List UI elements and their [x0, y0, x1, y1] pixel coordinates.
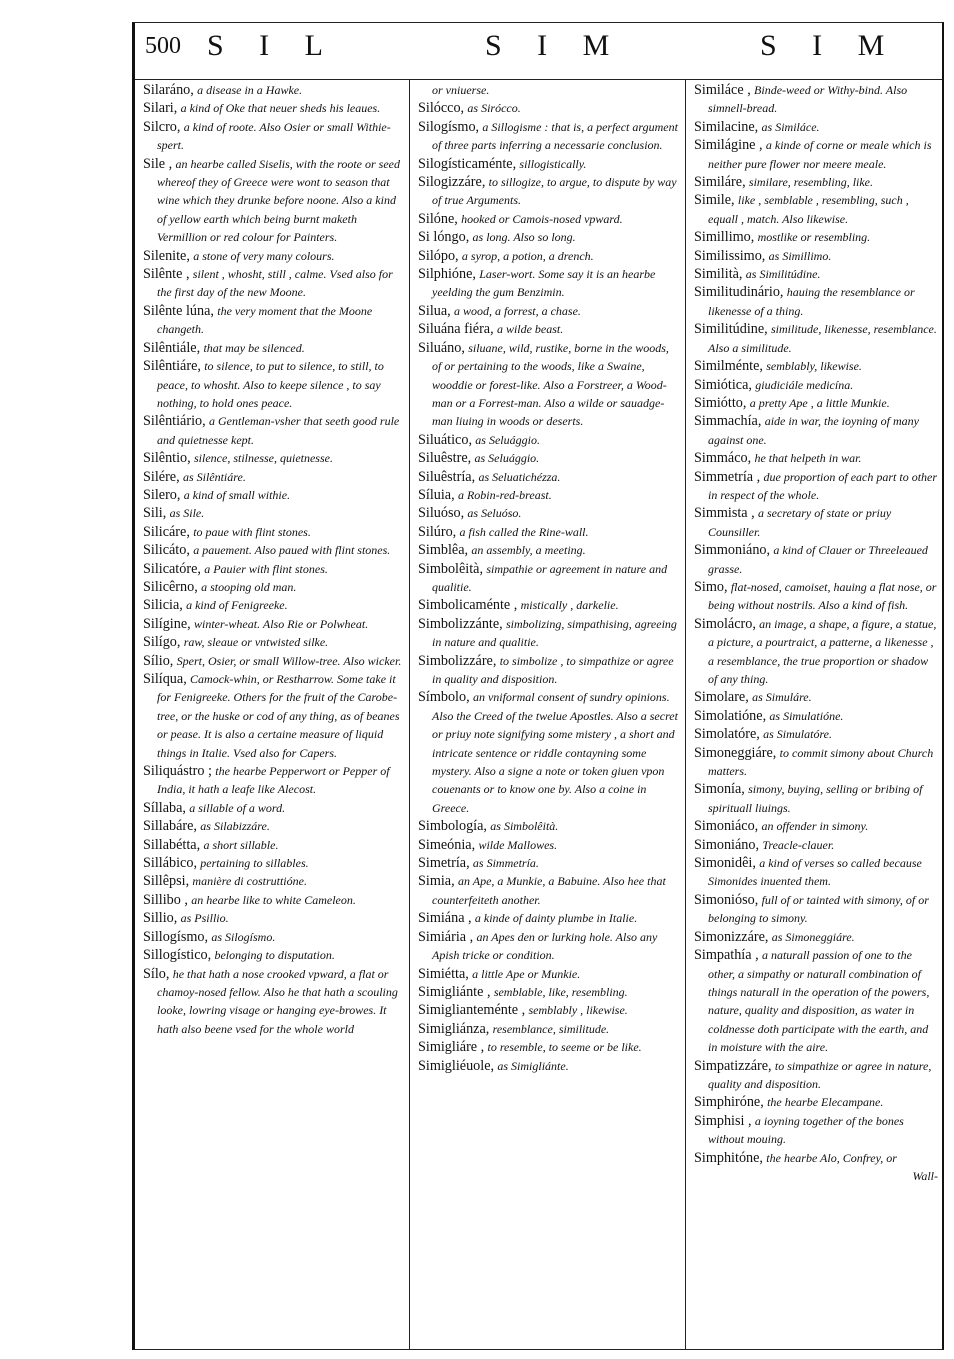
dictionary-entry: Simoniáco, an offender in simony. [694, 817, 938, 835]
definition: a pretty Ape , a little Munkie. [750, 396, 890, 410]
headword: Simillimo, [694, 229, 754, 245]
headword: Simbolizzáre, [418, 653, 496, 669]
definition: a pauement. Also paued with flint stones… [193, 543, 390, 557]
dictionary-entry: Silicáto, a pauement. Also paued with fl… [143, 541, 403, 559]
definition: as Simbolêità. [490, 819, 558, 833]
dictionary-entry: Silari, a kind of Oke that neuer sheds h… [143, 99, 403, 117]
headword: Similitudinário, [694, 284, 783, 300]
dictionary-entry: Silogísticaménte, sillogistically. [418, 155, 679, 173]
headword: Simonióso, [694, 892, 758, 908]
definition: as long. Also so long. [473, 230, 576, 244]
definition: he that helpeth in war. [754, 451, 861, 465]
headword: Silúro, [418, 524, 456, 540]
definition: resemblance, similitude. [493, 1022, 610, 1036]
definition: as Simulatióne. [769, 709, 843, 723]
dictionary-entry: Simiána , a kinde of dainty plumbe in It… [418, 909, 679, 927]
headword: Simoniáno, [694, 837, 759, 853]
definition: a syrop, a potion, a drench. [462, 249, 594, 263]
definition: wilde Mallowes. [478, 838, 557, 852]
definition: the hearbe Elecampane. [767, 1095, 883, 1109]
headword: Simoneggiáre, [694, 745, 776, 761]
headword: Simeónia, [418, 837, 475, 853]
headword: Simpatizzáre, [694, 1058, 772, 1074]
dictionary-entry: Silêntiário, a Gentleman-vsher that seet… [143, 412, 403, 449]
dictionary-entry: Similitudinário, hauing the resemblance … [694, 283, 938, 320]
definition: as Silabizzáre. [200, 819, 270, 833]
definition: raw, sleaue or vntwisted silke. [184, 635, 328, 649]
headword: Silicêrno, [143, 579, 198, 595]
definition: a little Ape or Munkie. [472, 967, 580, 981]
headword: Similissimo, [694, 248, 765, 264]
dictionary-entry: Silíqua, Camock-whin, or Restharrow. Som… [143, 670, 403, 762]
dictionary-entry: Similacine, as Similáce. [694, 118, 938, 136]
definition: a Pauier with flint stones. [204, 562, 328, 576]
definition: a kinde of dainty plumbe in Italie. [475, 911, 637, 925]
definition: as Psillio. [181, 911, 229, 925]
headword: Sílio, [143, 653, 173, 669]
headword: Sillabáre, [143, 818, 197, 834]
dictionary-entry: Silero, a kind of small withie. [143, 486, 403, 504]
dictionary-entry: Simo, flat-nosed, camoiset, hauing a fla… [694, 578, 938, 615]
headword: Silóne, [418, 211, 458, 227]
dictionary-entry: Sillabétta, a short sillable. [143, 836, 403, 854]
definition: as Simoneggiáre. [772, 930, 855, 944]
definition: as Seluóso. [467, 506, 521, 520]
dictionary-entry: Silére, as Silêntiáre. [143, 468, 403, 486]
guide-word-left: S I L [207, 29, 337, 63]
dictionary-entry: Silócco, as Sirócco. [418, 99, 679, 117]
definition: manière di costruttióne. [192, 874, 307, 888]
headword: Silogizzáre, [418, 174, 485, 190]
headword: Simigliéuole, [418, 1058, 494, 1074]
dictionary-entry: Silêntio, silence, stilnesse, quietnesse… [143, 449, 403, 467]
headword: Silêntiário, [143, 413, 206, 429]
dictionary-entry: Silópo, a syrop, a potion, a drench. [418, 247, 679, 265]
guide-word-middle: S I M [485, 29, 623, 63]
definition: flat-nosed, camoiset, hauing a flat nose… [708, 580, 936, 612]
definition: a kind of roote. Also Osier or small Wit… [157, 120, 391, 152]
headword: Sillêpsi, [143, 873, 189, 889]
column-2: or vniuerse.Silócco, as Sirócco.Silogísm… [409, 79, 685, 1349]
headword: Silêntiále, [143, 340, 200, 356]
dictionary-entry: Simiglianteménte , semblably , likewise. [418, 1001, 679, 1019]
headword: Simonizzáre, [694, 929, 768, 945]
dictionary-entry: Simiétta, a little Ape or Munkie. [418, 965, 679, 983]
dictionary-entry: Silphióne, Laser-wort. Some say it is an… [418, 265, 679, 302]
headword: Silphióne, [418, 266, 476, 282]
headword: Silaráno, [143, 82, 194, 98]
dictionary-entry: Simbolizzáre, to simbolize , to simpathi… [418, 652, 679, 689]
definition: to paue with flint stones. [193, 525, 311, 539]
headword: Silígine, [143, 616, 191, 632]
headword: Simia, [418, 873, 455, 889]
dictionary-entry: Simetría, as Simmetría. [418, 854, 679, 872]
definition: semblably, likewise. [766, 359, 862, 373]
definition: as Simmetría. [473, 856, 539, 870]
definition: an hearbe like to white Cameleon. [191, 893, 356, 907]
definition: an Ape, a Munkie, a Babuine. Also hee th… [432, 874, 666, 906]
definition: a short sillable. [203, 838, 278, 852]
dictionary-entry: Simeónia, wilde Mallowes. [418, 836, 679, 854]
headword: Silero, [143, 487, 180, 503]
definition: as Similáce. [762, 120, 820, 134]
headword: Silicáre, [143, 524, 190, 540]
headword: Siliquástro ; [143, 763, 212, 779]
dictionary-entry: Simolatióne, as Simulatióne. [694, 707, 938, 725]
headword: Sílo, [143, 966, 169, 982]
definition: an offender in simony. [762, 819, 869, 833]
headword: Simmetría , [694, 469, 760, 485]
dictionary-entry: Simia, an Ape, a Munkie, a Babuine. Also… [418, 872, 679, 909]
dictionary-entry: Simoneggiáre, to commit simony about Chu… [694, 744, 938, 781]
definition: as Simuláre. [752, 690, 812, 704]
headword: Silére, [143, 469, 180, 485]
dictionary-entry: Simolácro, an image, a shape, a figure, … [694, 615, 938, 689]
headword: Si lóngo, [418, 229, 469, 245]
dictionary-entry: Simigliéuole, as Simigliánte. [418, 1057, 679, 1075]
dictionary-entry: Simbolêità, simpathie or agreement in na… [418, 560, 679, 597]
definition: an vniformal consent of sundry opinions.… [432, 690, 678, 814]
dictionary-entry: Simbolicaménte , mistically , darkelie. [418, 596, 679, 614]
dictionary-entry: Simoniáno, Treacle-clauer. [694, 836, 938, 854]
headword: Siluóso, [418, 505, 464, 521]
dictionary-entry: Similità, as Similitúdine. [694, 265, 938, 283]
definition: silence, stilnesse, quietnesse. [194, 451, 333, 465]
definition: similare, resembling, like. [749, 175, 873, 189]
headword: Similágine , [694, 137, 763, 153]
headword: Simonidêi, [694, 855, 756, 871]
definition: as Silêntiáre. [183, 470, 246, 484]
headword: Silcro, [143, 119, 180, 135]
dictionary-entry: Sillogístico, belonging to disputation. [143, 946, 403, 964]
dictionary-entry: Sillibo , an hearbe like to white Camele… [143, 891, 403, 909]
definition: as Seluatichézza. [478, 470, 560, 484]
headword: Síllaba, [143, 800, 186, 816]
headword: Simiária , [418, 929, 473, 945]
headword: Siluáno, [418, 340, 465, 356]
dictionary-entry: Siluóso, as Seluóso. [418, 504, 679, 522]
headword: Simphisi , [694, 1113, 752, 1129]
definition: as Seluággio. [475, 451, 540, 465]
dictionary-entry: Simiótica, giudiciále medicína. [694, 376, 938, 394]
headword: Siluêstría, [418, 469, 475, 485]
headword: Simmáco, [694, 450, 751, 466]
headword: Similménte, [694, 358, 763, 374]
definition: like , semblable , resembling, such , eq… [708, 193, 909, 225]
dictionary-entry: Silicia, a kind of Fenigreeke. [143, 596, 403, 614]
definition: that may be silenced. [203, 341, 304, 355]
dictionary-entry: Simmoniáno, a kind of Clauer or Threelea… [694, 541, 938, 578]
headword: Silêntio, [143, 450, 191, 466]
dictionary-entry: Simbología, as Simbolêità. [418, 817, 679, 835]
headword: Simblêa, [418, 542, 468, 558]
headword: Simolatióne, [694, 708, 766, 724]
headword: Simiána , [418, 910, 472, 926]
headword: Sillabétta, [143, 837, 200, 853]
definition: an hearbe called Siselis, with the roote… [157, 157, 400, 245]
definition: a stone of very many colours. [193, 249, 334, 263]
definition: siluane, wild, rustike, borne in the woo… [432, 341, 669, 429]
dictionary-entry: Sillio, as Psillio. [143, 909, 403, 927]
headword: Silópo, [418, 248, 459, 264]
headword: Simolatóre, [694, 726, 760, 742]
dictionary-entry: Similménte, semblably, likewise. [694, 357, 938, 375]
dictionary-entry: Simpatizzáre, to simpathize or agree in … [694, 1057, 938, 1094]
dictionary-entry: Siluáno, siluane, wild, rustike, borne i… [418, 339, 679, 431]
dictionary-entry: Simonía, simony, buying, selling or brib… [694, 780, 938, 817]
headword: Simpathía , [694, 947, 759, 963]
definition: as Silogísmo. [211, 930, 275, 944]
definition: a fish called the Rine-wall. [460, 525, 589, 539]
headword: Similáre, [694, 174, 746, 190]
definition: Treacle-clauer. [762, 838, 834, 852]
headword: Similacine, [694, 119, 758, 135]
definition: giudiciále medicína. [755, 378, 853, 392]
headword: Simoniáco, [694, 818, 758, 834]
headword: Silua, [418, 303, 451, 319]
dictionary-entry: Siluána fiéra, a wilde beast. [418, 320, 679, 338]
dictionary-entry: Simphitóne, the hearbe Alo, Confrey, or [694, 1149, 938, 1167]
dictionary-entry: Simillimo, mostlike or resembling. [694, 228, 938, 246]
dictionary-entry: Sillêpsi, manière di costruttióne. [143, 872, 403, 890]
headword: Similità, [694, 266, 742, 282]
dictionary-entry: Simigliáre , to resemble, to seeme or be… [418, 1038, 679, 1056]
running-header: 500 S I L S I M S I M [135, 23, 942, 80]
headword: Simbología, [418, 818, 487, 834]
dictionary-entry: Si lóngo, as long. Also so long. [418, 228, 679, 246]
dictionary-entry: Simmachía, aide in war, the ioyning of m… [694, 412, 938, 449]
definition: as Simillimo. [769, 249, 832, 263]
headword: Silicatóre, [143, 561, 201, 577]
dictionary-entry: Silicáre, to paue with flint stones. [143, 523, 403, 541]
headword: Simile, [694, 192, 735, 208]
definition: semblable, like, resembling. [494, 985, 628, 999]
dictionary-entry: Silenite, a stone of very many colours. [143, 247, 403, 265]
dictionary-entry: Sílio, Spert, Osier, or small Willow-tre… [143, 652, 403, 670]
definition: he that hath a nose crooked vpward, a fl… [157, 967, 398, 1036]
headword: Simphiróne, [694, 1094, 764, 1110]
dictionary-entry: Silígo, raw, sleaue or vntwisted silke. [143, 633, 403, 651]
dictionary-entry: Simiótto, a pretty Ape , a little Munkie… [694, 394, 938, 412]
dictionary-entry: Sile , an hearbe called Siselis, with th… [143, 155, 403, 247]
dictionary-entry: Similitúdine, similitude, likenesse, res… [694, 320, 938, 357]
dictionary-entry: Silua, a wood, a forrest, a chase. [418, 302, 679, 320]
dictionary-entry: Silcro, a kind of roote. Also Osier or s… [143, 118, 403, 155]
headword: Similáce , [694, 82, 751, 98]
definition: to resemble, to seeme or be like. [488, 1040, 642, 1054]
dictionary-entry: Siluático, as Seluággio. [418, 431, 679, 449]
dictionary-entry: Simbolizzánte, simbolizing, simpathising… [418, 615, 679, 652]
dictionary-entry: Simigliánza, resemblance, similitude. [418, 1020, 679, 1038]
headword: Simo, [694, 579, 728, 595]
dictionary-entry: Simphiróne, the hearbe Elecampane. [694, 1093, 938, 1111]
dictionary-entry: Silênte lúna, the very moment that the M… [143, 302, 403, 339]
dictionary-entry: Simolare, as Simuláre. [694, 688, 938, 706]
dictionary-entry: Silêntiále, that may be silenced. [143, 339, 403, 357]
dictionary-entry: Sillabáre, as Silabizzáre. [143, 817, 403, 835]
headword: Simolare, [694, 689, 749, 705]
headword: Simbolêità, [418, 561, 483, 577]
definition: mistically , darkelie. [521, 598, 619, 612]
dictionary-entry: Simmista , a secretary of state or priuy… [694, 504, 938, 541]
headword: Similitúdine, [694, 321, 768, 337]
dictionary-entry: Silígine, winter-wheat. Also Rie or Polw… [143, 615, 403, 633]
dictionary-entry: Similissimo, as Simillimo. [694, 247, 938, 265]
dictionary-entry: Silênte , silent , whosht, still , calme… [143, 265, 403, 302]
dictionary-entry: Simblêa, an assembly, a meeting. [418, 541, 679, 559]
page-number: 500 [145, 33, 181, 60]
definition: Spert, Osier, or small Willow-tree. Also… [177, 654, 402, 668]
dictionary-entry: Sílo, he that hath a nose crooked vpward… [143, 965, 403, 1039]
dictionary-entry: Simphisi , a ioyning together of the bon… [694, 1112, 938, 1149]
definition: as Seluággio. [475, 433, 540, 447]
dictionary-entry: Simonizzáre, as Simoneggiáre. [694, 928, 938, 946]
dictionary-entry: Simmetría , due proportion of each part … [694, 468, 938, 505]
headword: Silogísmo, [418, 119, 479, 135]
headword: Simigliánza, [418, 1021, 489, 1037]
dictionary-entry: Siliquástro ; the hearbe Pepperwort or P… [143, 762, 403, 799]
dictionary-page: 500 S I L S I M S I M Silaráno, a diseas… [132, 22, 944, 1350]
headword: Silêntiáre, [143, 358, 201, 374]
dictionary-entry: Similáce , Binde-weed or Withy-bind. Als… [694, 81, 938, 118]
headword: Silíqua, [143, 671, 187, 687]
dictionary-entry: Sili, as Sile. [143, 504, 403, 522]
headword: Siluána fiéra, [418, 321, 494, 337]
headword: Silênte lúna, [143, 303, 214, 319]
headword: Simiétta, [418, 966, 469, 982]
definition: a wood, a forrest, a chase. [454, 304, 581, 318]
definition: as Sile. [170, 506, 205, 520]
headword: Sillogísmo, [143, 929, 208, 945]
column-3: Similáce , Binde-weed or Withy-bind. Als… [685, 79, 944, 1349]
dictionary-entry: Simonidêi, a kind of verses so called be… [694, 854, 938, 891]
headword: Simigliáre , [418, 1039, 484, 1055]
definition: a kind of Oke that neuer sheds his leaue… [181, 101, 381, 115]
definition: a disease in a Hawke. [197, 83, 302, 97]
definition: a wilde beast. [497, 322, 563, 336]
dictionary-entry: Simile, like , semblable , resembling, s… [694, 191, 938, 228]
headword: Sillibo , [143, 892, 188, 908]
dictionary-entry: Simmáco, he that helpeth in war. [694, 449, 938, 467]
dictionary-entry: Síllaba, a sillable of a word. [143, 799, 403, 817]
dictionary-entry: Silêntiáre, to silence, to put to silenc… [143, 357, 403, 412]
dictionary-entry: Similáre, similare, resembling, like. [694, 173, 938, 191]
dictionary-entry: Silogizzáre, to sillogize, to argue, to … [418, 173, 679, 210]
definition: a kind of Fenigreeke. [186, 598, 288, 612]
dictionary-entry: Simigliánte , semblable, like, resemblin… [418, 983, 679, 1001]
headword: Síluia, [418, 487, 455, 503]
headword: Simiótto, [694, 395, 746, 411]
dictionary-entry: Simpathía , a naturall passion of one to… [694, 946, 938, 1056]
dictionary-entry: Simolatóre, as Simulatóre. [694, 725, 938, 743]
definition: pertaining to sillables. [200, 856, 308, 870]
dictionary-entry: Silóne, hooked or Camois-nosed vpward. [418, 210, 679, 228]
headword: Sillio, [143, 910, 177, 926]
headword: Simonía, [694, 781, 745, 797]
dictionary-entry: Simonióso, full of or tainted with simon… [694, 891, 938, 928]
catchword: Wall- [694, 1167, 938, 1185]
definition: as Similitúdine. [746, 267, 821, 281]
column-1: Silaráno, a disease in a Hawke.Silari, a… [135, 79, 409, 1349]
guide-word-right: S I M [760, 29, 898, 63]
definition: Camock-whin, or Restharrow. Some take it… [157, 672, 400, 760]
headword: Simmoniáno, [694, 542, 770, 558]
dictionary-entry: Silicêrno, a stooping old man. [143, 578, 403, 596]
headword: Simmista , [694, 505, 755, 521]
dictionary-entry: Silicatóre, a Pauier with flint stones. [143, 560, 403, 578]
dictionary-entry: Silúro, a fish called the Rine-wall. [418, 523, 679, 541]
headword: Sillogístico, [143, 947, 211, 963]
definition: hooked or Camois-nosed vpward. [461, 212, 623, 226]
headword: Simphitóne, [694, 1150, 763, 1166]
definition: as Simigliánte. [497, 1059, 568, 1073]
dictionary-entry: Síluia, a Robin-red-breast. [418, 486, 679, 504]
headword: Símbolo, [418, 689, 470, 705]
dictionary-entry: Sillogísmo, as Silogísmo. [143, 928, 403, 946]
headword: Silogísticaménte, [418, 156, 516, 172]
headword: Siluático, [418, 432, 472, 448]
dictionary-entry: Simiária , an Apes den or lurking hole. … [418, 928, 679, 965]
definition: as Simulatóre. [763, 727, 832, 741]
dictionary-entry: Siluêstría, as Seluatichézza. [418, 468, 679, 486]
headword: Simiótica, [694, 377, 752, 393]
continued-definition: or vniuerse. [418, 81, 679, 99]
dictionary-entry: Sillábico, pertaining to sillables. [143, 854, 403, 872]
headword: Siluêstre, [418, 450, 471, 466]
headword: Simbolizzánte, [418, 616, 503, 632]
definition: mostlike or resembling. [758, 230, 871, 244]
definition: semblably , likewise. [528, 1003, 627, 1017]
headword: Simiglianteménte , [418, 1002, 525, 1018]
definition: silent , whosht, still , calme. Vsed als… [157, 267, 393, 299]
dictionary-entry: Siluêstre, as Seluággio. [418, 449, 679, 467]
headword: Silócco, [418, 100, 464, 116]
headword: Silicia, [143, 597, 183, 613]
headword: Simmachía, [694, 413, 761, 429]
headword: Silígo, [143, 634, 180, 650]
headword: Simigliánte , [418, 984, 491, 1000]
headword: Simbolicaménte , [418, 597, 517, 613]
definition: a kind of small withie. [184, 488, 290, 502]
definition: as Sirócco. [467, 101, 520, 115]
headword: Simolácro, [694, 616, 756, 632]
definition: a sillable of a word. [189, 801, 285, 815]
definition: a Robin-red-breast. [458, 488, 552, 502]
dictionary-entry: Silogísmo, a Sillogisme : that is, a per… [418, 118, 679, 155]
headword: Simetría, [418, 855, 470, 871]
definition: winter-wheat. Also Rie or Polwheat. [194, 617, 368, 631]
definition: belonging to disputation. [214, 948, 334, 962]
definition: a naturall passion of one to the other, … [708, 948, 929, 1054]
definition: a stooping old man. [201, 580, 296, 594]
dictionary-entry: Silaráno, a disease in a Hawke. [143, 81, 403, 99]
headword: Silicáto, [143, 542, 190, 558]
headword: Silênte , [143, 266, 190, 282]
headword: Silenite, [143, 248, 190, 264]
definition: an assembly, a meeting. [471, 543, 585, 557]
headword: Silari, [143, 100, 177, 116]
definition: sillogistically. [519, 157, 586, 171]
dictionary-entry: Símbolo, an vniformal consent of sundry … [418, 688, 679, 817]
headword: Sillábico, [143, 855, 197, 871]
dictionary-entry: Similágine , a kinde of corne or meale w… [694, 136, 938, 173]
headword: Sile , [143, 156, 172, 172]
definition: the hearbe Alo, Confrey, or [766, 1151, 897, 1165]
headword: Sili, [143, 505, 166, 521]
